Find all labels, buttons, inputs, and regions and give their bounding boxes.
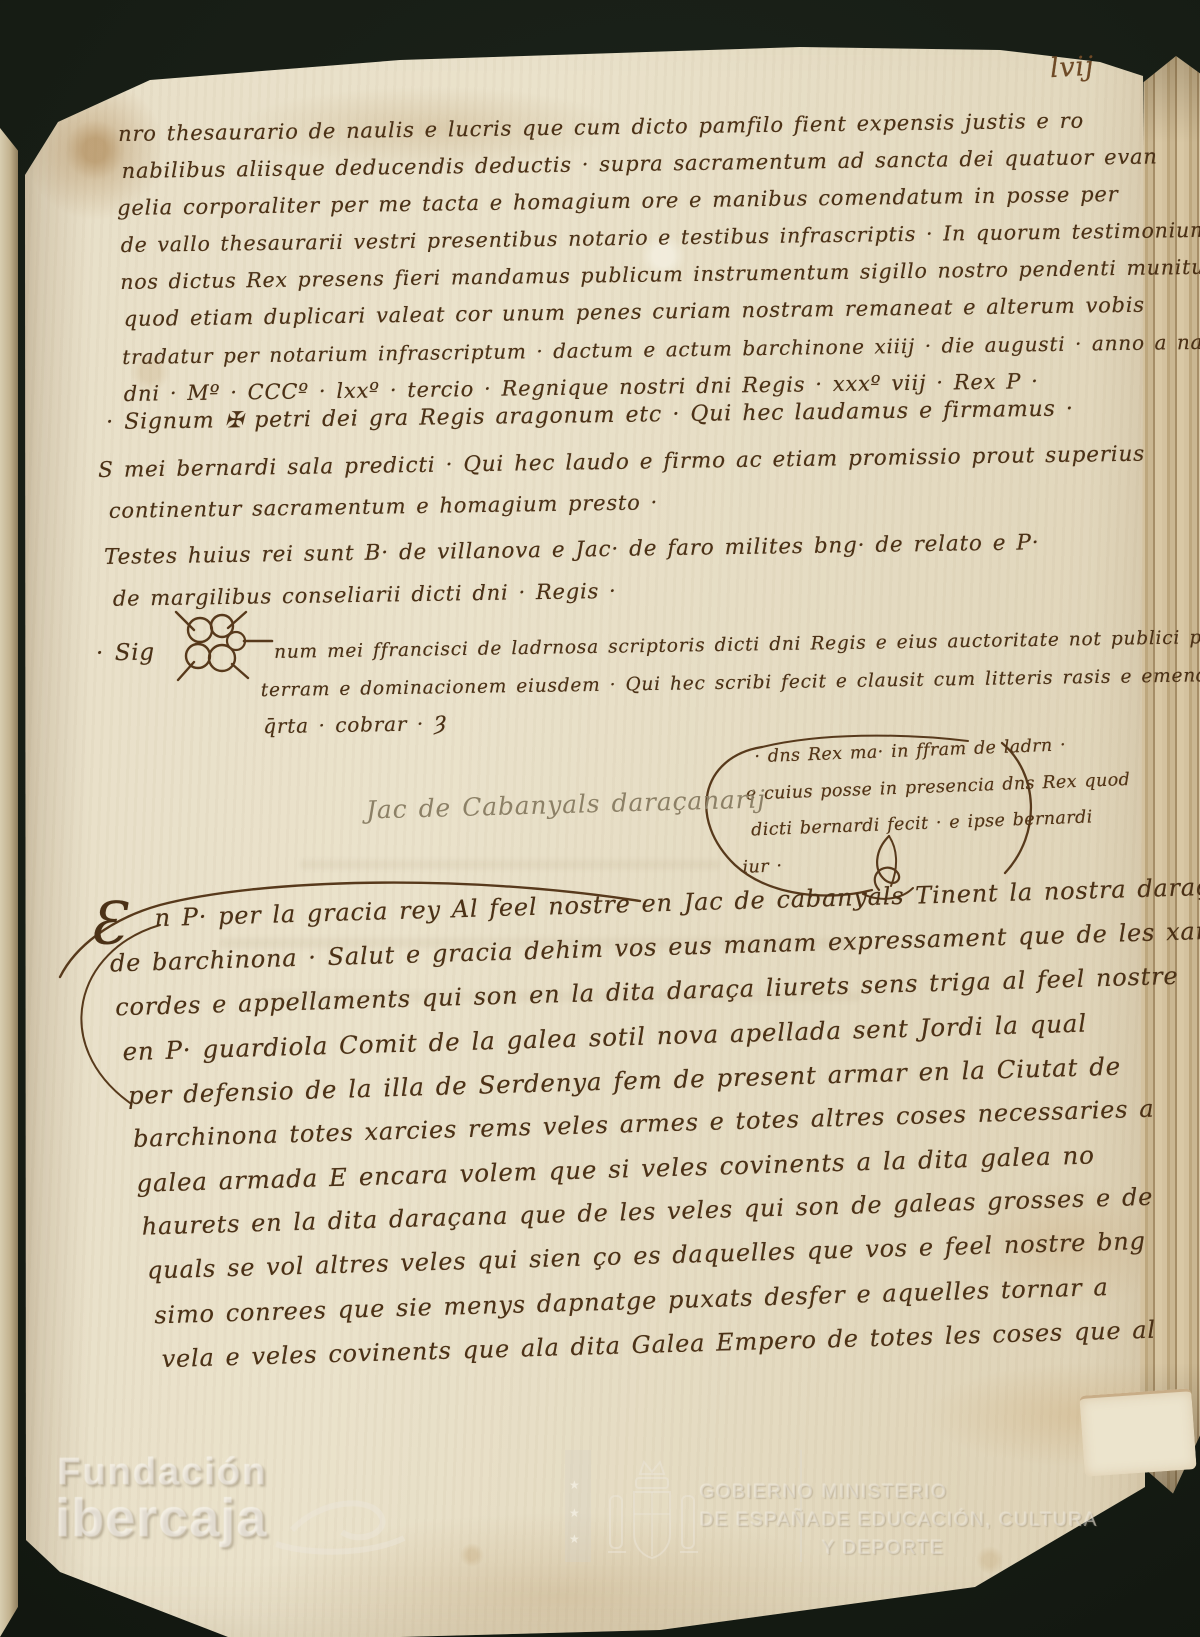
gobierno-watermark-line2: DE ESPAÑA [700, 1510, 821, 1532]
star-icon: ★ [569, 1478, 580, 1492]
coat-of-arms-icon [602, 1456, 702, 1564]
ministerio-watermark-line3: Y DEPORTE [822, 1538, 945, 1560]
watermark-divider [800, 1450, 802, 1562]
ibercaja-logo-icon [262, 1492, 412, 1560]
manuscript-photo: lvij nro thesaurario de naulis e lucris … [0, 0, 1200, 1637]
left-page-edge [0, 128, 18, 1637]
ministerio-watermark-line2: DE EDUCACIÓN, CULTURA [822, 1510, 1098, 1532]
ibercaja-watermark: ibercaja [56, 1488, 268, 1550]
gobierno-watermark-line1: GOBIERNO [700, 1482, 814, 1504]
folio-number: lvij [1049, 51, 1095, 84]
manuscript-line: iur · [742, 856, 783, 878]
notarial-sig-prefix: · Sig [96, 639, 155, 666]
notarial-knot-icon [170, 608, 274, 694]
star-icon: ★ [569, 1506, 580, 1520]
manuscript-line: q̄rta · cobrar · Ȝ [263, 711, 447, 738]
ministerio-watermark-line1: MINISTERIO [822, 1482, 948, 1504]
parchment-repair-patch [1079, 1388, 1196, 1477]
initial-E: Ɛ [88, 889, 126, 958]
star-icon: ★ [569, 1532, 580, 1546]
